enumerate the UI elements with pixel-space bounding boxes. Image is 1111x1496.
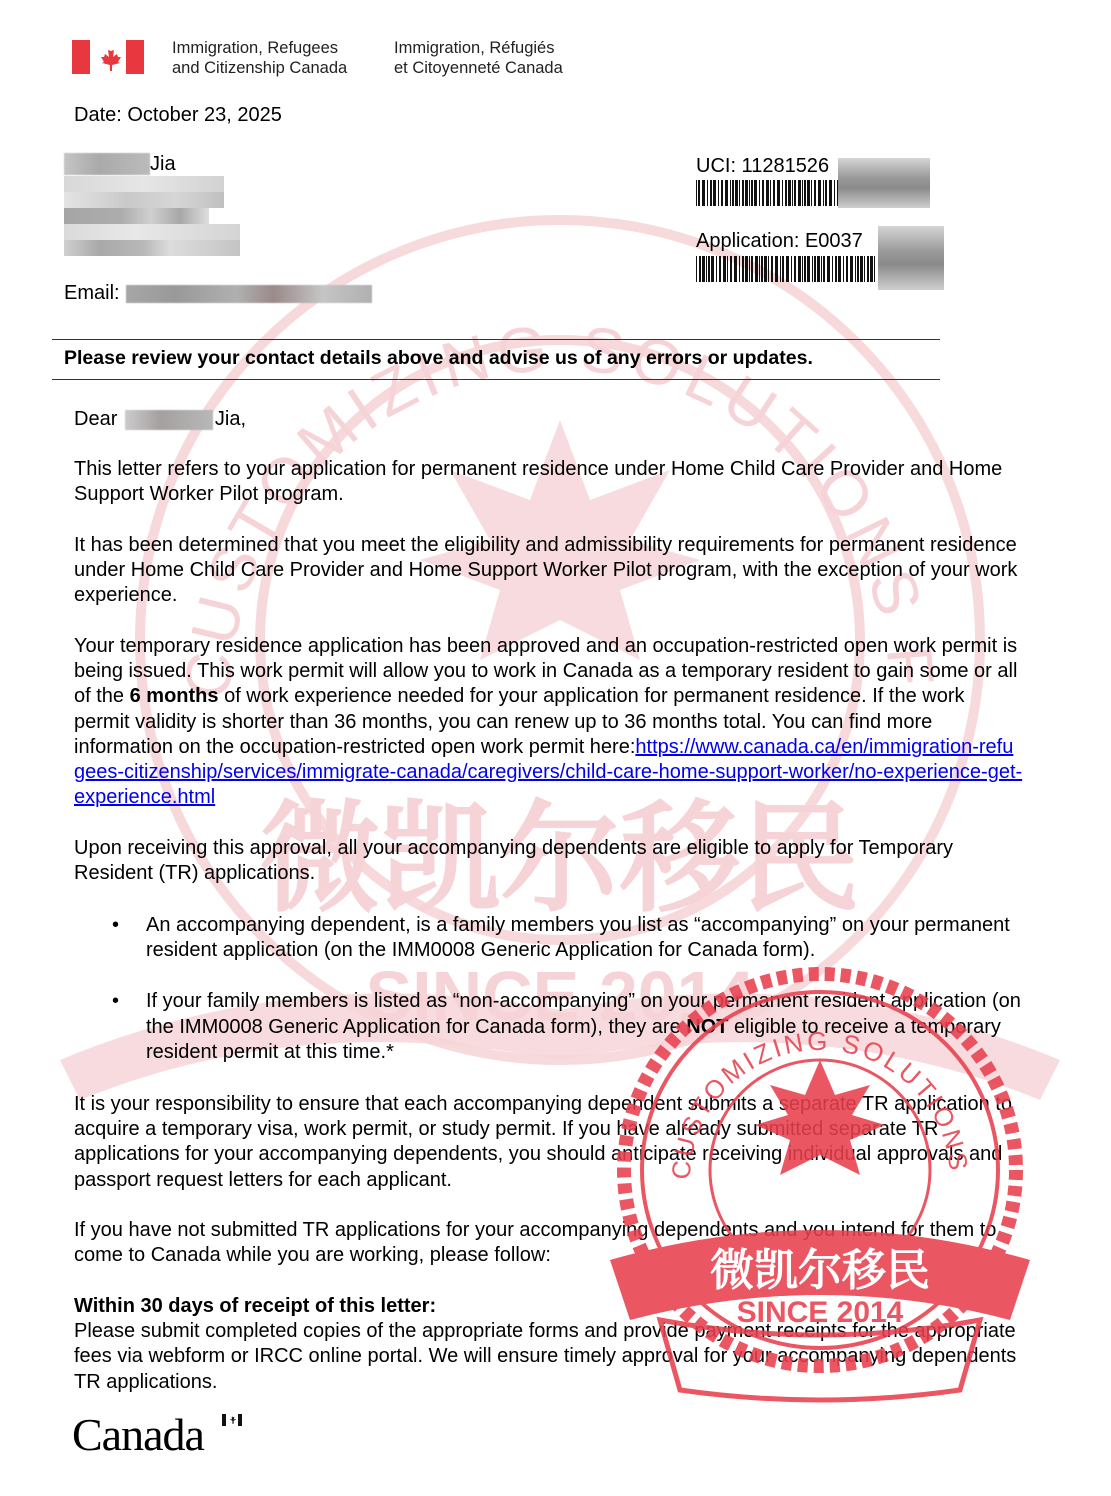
letter-date: Date: October 23, 2025	[74, 104, 282, 127]
paragraph-work-permit: Your temporary residence application has…	[74, 634, 1024, 810]
department-name-en: Immigration, Refugees and Citizenship Ca…	[172, 38, 347, 78]
divider-top	[52, 339, 940, 340]
dependent-rules-list: • An accompanying dependent, is a family…	[74, 913, 1024, 1091]
redacted-address	[64, 176, 244, 256]
paragraph-responsibility: It is your responsibility to ensure that…	[74, 1092, 1024, 1193]
application-number: Application: E0037	[696, 230, 863, 253]
canada-wordmark-flag-icon	[222, 1414, 242, 1426]
letter-page: CUSTOMIZING SOLUTIONS FOR YOU 微凯尔移民 SINC…	[0, 0, 1111, 1496]
deadline-body: Please submit completed copies of the ap…	[74, 1319, 1024, 1395]
paragraph-instructions-intro: If you have not submitted TR application…	[74, 1218, 1024, 1268]
deadline-heading: Within 30 days of receipt of this letter…	[74, 1294, 1024, 1319]
deadline-section: Within 30 days of receipt of this letter…	[74, 1294, 1024, 1395]
department-name-fr: Immigration, Réfugiés et Citoyenneté Can…	[394, 38, 563, 78]
recipient-email: Email:	[64, 282, 372, 305]
bullet-icon: •	[112, 989, 119, 1014]
list-item: • If your family members is listed as “n…	[74, 989, 1024, 1065]
uci-number: UCI: 11281526	[696, 155, 829, 178]
paragraph-dependents-eligibility: Upon receiving this approval, all your a…	[74, 836, 1024, 886]
salutation: Dear Jia,	[74, 407, 1024, 432]
redacted-email	[126, 285, 372, 303]
divider-bottom	[52, 379, 940, 380]
redacted-application	[878, 226, 944, 290]
redacted-given-name	[64, 153, 150, 175]
paragraph-eligibility: It has been determined that you meet the…	[74, 533, 1024, 609]
redacted-uci	[838, 158, 930, 208]
application-barcode	[696, 256, 876, 282]
paragraph-application-reference: This letter refers to your application f…	[74, 457, 1024, 507]
redacted-given-name	[125, 410, 213, 430]
list-item: • An accompanying dependent, is a family…	[74, 913, 1024, 963]
canada-flag-icon	[72, 40, 144, 74]
canada-wordmark: Canada	[72, 1408, 204, 1461]
contact-review-notice: Please review your contact details above…	[64, 347, 813, 370]
bullet-icon: •	[112, 913, 119, 938]
